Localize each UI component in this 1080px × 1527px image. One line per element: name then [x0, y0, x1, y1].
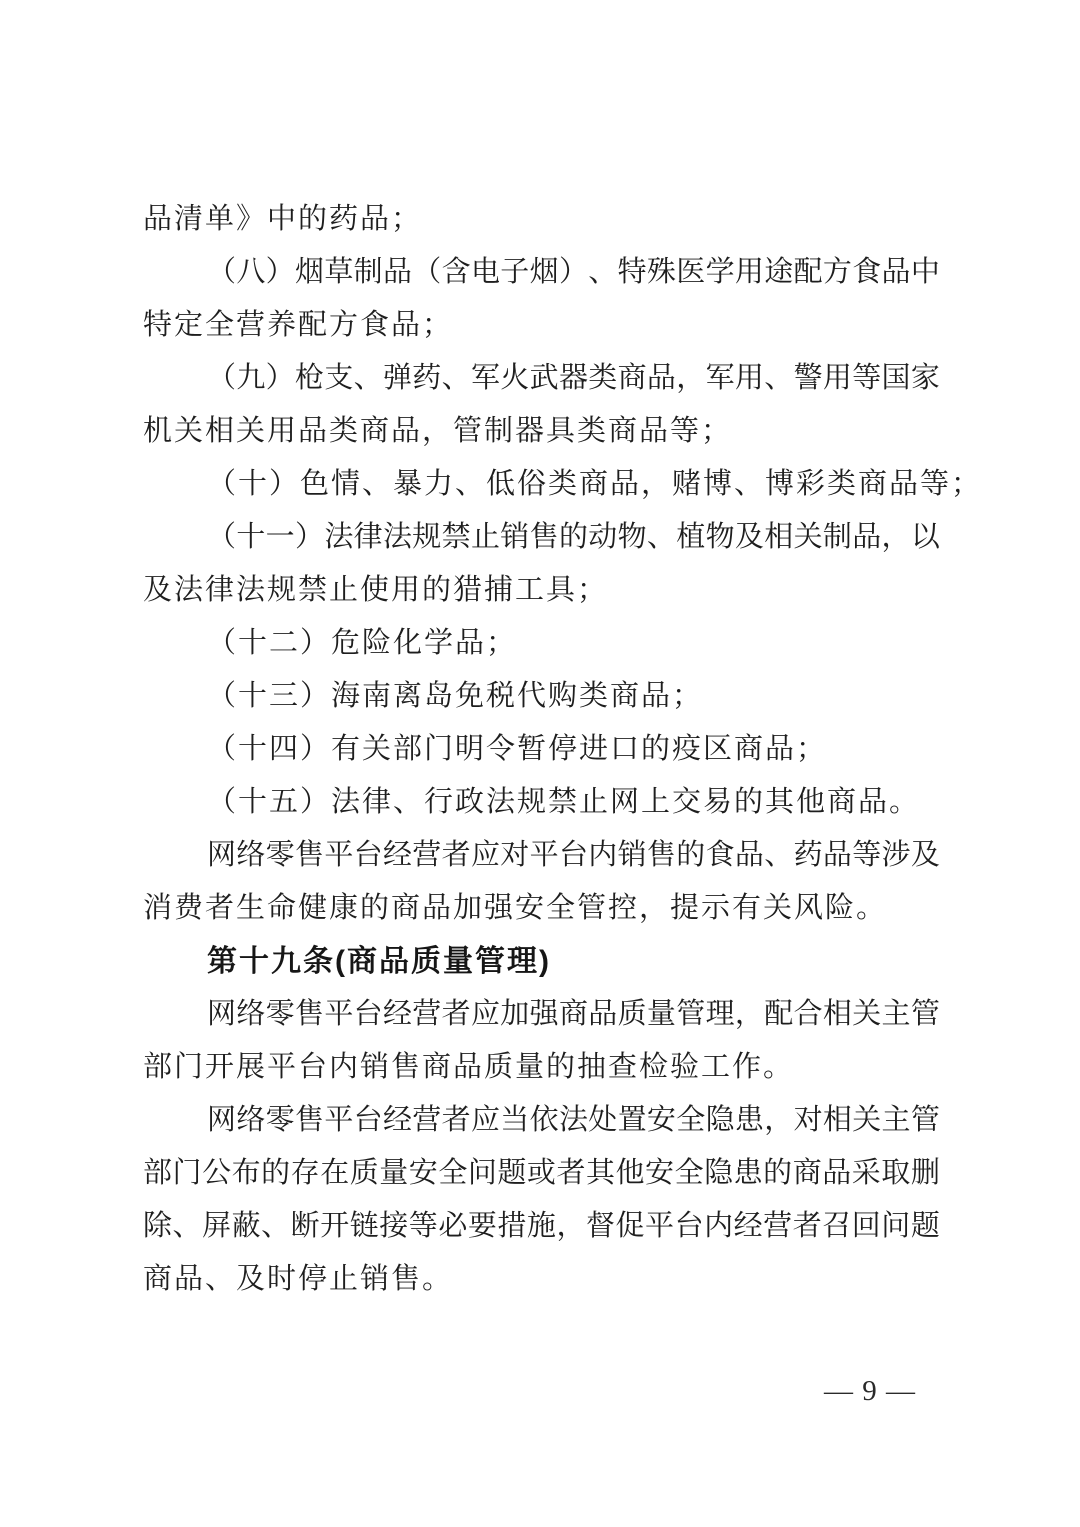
text-line: （九）枪支、弹药、军火武器类商品，军用、警用等国家 — [143, 352, 940, 405]
text-line: 品清单》中的药品； — [143, 193, 940, 246]
text-line: （十一）法律法规禁止销售的动物、植物及相关制品，以 — [143, 511, 940, 564]
text-line: 机关相关用品类商品，管制器具类商品等； — [143, 405, 940, 458]
text-line: 网络零售平台经营者应对平台内销售的食品、药品等涉及 — [143, 829, 940, 882]
text-line: （十二）危险化学品； — [143, 617, 940, 670]
text-line: 部门开展平台内销售商品质量的抽查检验工作。 — [143, 1041, 940, 1094]
text-line: 网络零售平台经营者应当依法处置安全隐患，对相关主管 — [143, 1094, 940, 1147]
text-line: （十）色情、暴力、低俗类商品，赌博、博彩类商品等； — [143, 458, 940, 511]
page-number: — 9 — — [780, 1368, 960, 1414]
text-line: （十五）法律、行政法规禁止网上交易的其他商品。 — [143, 776, 940, 829]
text-line: 特定全营养配方食品； — [143, 299, 940, 352]
text-line: 商品、及时停止销售。 — [143, 1253, 940, 1306]
text-line: （十三）海南离岛免税代购类商品； — [143, 670, 940, 723]
document-text-block: 品清单》中的药品；（八）烟草制品（含电子烟）、特殊医学用途配方食品中特定全营养配… — [143, 193, 940, 1306]
text-line: （八）烟草制品（含电子烟）、特殊医学用途配方食品中 — [143, 246, 940, 299]
text-line: 及法律法规禁止使用的猎捕工具； — [143, 564, 940, 617]
text-line: （十四）有关部门明令暂停进口的疫区商品； — [143, 723, 940, 776]
text-line: 除、屏蔽、断开链接等必要措施，督促平台内经营者召回问题 — [143, 1200, 940, 1253]
text-line: 消费者生命健康的商品加强安全管控，提示有关风险。 — [143, 882, 940, 935]
text-line: 部门公布的存在质量安全问题或者其他安全隐患的商品采取删 — [143, 1147, 940, 1200]
text-line: 网络零售平台经营者应加强商品质量管理，配合相关主管 — [143, 988, 940, 1041]
document-page: 品清单》中的药品；（八）烟草制品（含电子烟）、特殊医学用途配方食品中特定全营养配… — [0, 0, 1080, 1527]
article-heading-line: 第十九条(商品质量管理) — [143, 935, 940, 988]
